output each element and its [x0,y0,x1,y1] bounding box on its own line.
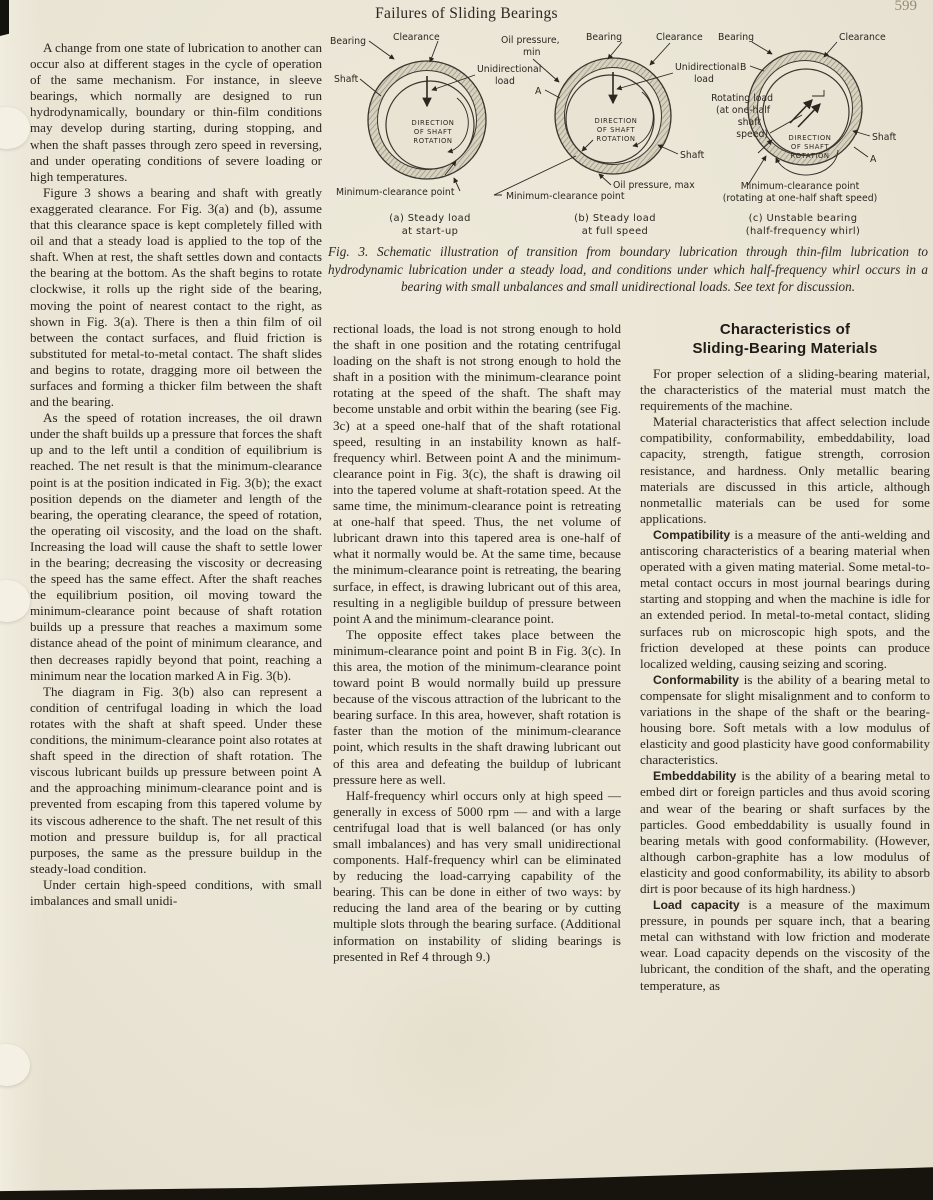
svg-text:OF SHAFT: OF SHAFT [414,128,452,136]
label-point-a: A [535,86,542,97]
diagram-a-steady-load-startup: Bearing Clearance Shaft Unidirectional l… [330,32,541,237]
figure-3-caption: Fig. 3. Schematic illustration of transi… [328,243,928,296]
paragraph: Compatibility is a measure of the anti-w… [640,527,930,672]
caption-a: (a) Steady load [389,213,471,224]
label-bearing: Bearing [718,32,754,43]
caption-b: (b) Steady load [574,213,656,224]
label-min-clearance: Minimum-clearance point [336,187,455,198]
svg-text:ROTATION: ROTATION [596,135,635,143]
paragraph: Load capacity is a measure of the maximu… [640,897,930,994]
paragraph: The diagram in Fig. 3(b) also can repres… [30,684,322,877]
page-number: 599 [895,0,918,15]
svg-text:shaft: shaft [738,117,762,128]
diagram-b-steady-load-full-speed: Oil pressure, min Bearing Clearance Unid… [494,32,739,237]
scan-bottom-edge [0,1158,933,1200]
paragraph: A change from one state of lubrication t… [30,40,322,185]
paragraph: For proper selection of a sliding-bearin… [640,366,930,414]
right-column: Characteristics of Sliding-Bearing Mater… [640,320,930,994]
label-shaft: Shaft [680,150,705,161]
bold-term: Load capacity [653,898,740,912]
bold-term: Compatibility [653,528,730,542]
label-shaft: Shaft [872,132,897,143]
label-direction-of-rotation: DIRECTION [789,134,832,142]
svg-text:min: min [523,47,541,58]
label-point-a: A [870,154,877,165]
label-clearance: Clearance [393,32,440,43]
paragraph: Embeddability is the ability of a bearin… [640,768,930,897]
label-direction-of-rotation: DIRECTION [595,117,638,125]
bold-term: Conformability [653,673,739,687]
paragraph: As the speed of rotation increases, the … [30,410,322,684]
label-rotating-load: Rotating load [711,93,773,104]
svg-text:load: load [694,74,714,85]
label-oil-pressure-max: Oil pressure, max [613,180,695,191]
label-clearance: Clearance [839,32,886,43]
label-unidirectional-load: Unidirectional [675,62,739,73]
svg-text:speed): speed) [736,129,768,140]
paragraph: Conformability is the ability of a beari… [640,672,930,769]
paragraph: rectional loads, the load is not strong … [333,321,621,627]
scanned-book-page: Failures of Sliding Bearings 599 Bearing [0,0,933,1200]
svg-text:ROTATION: ROTATION [413,137,452,145]
label-clearance: Clearance [656,32,703,43]
svg-text:(rotating at one-half shaft sp: (rotating at one-half shaft speed) [723,193,877,204]
svg-text:(at one-half: (at one-half [716,105,771,116]
svg-text:(half-frequency whirl): (half-frequency whirl) [746,226,861,237]
label-unidirectional-load: Unidirectional [477,64,541,75]
svg-text:at full speed: at full speed [582,226,648,237]
paragraph: Half-frequency whirl occurs only at high… [333,788,621,965]
punch-hole [0,1044,30,1086]
label-min-clearance: Minimum-clearance point [506,191,625,202]
svg-text:OF SHAFT: OF SHAFT [597,126,635,134]
left-column: A change from one state of lubrication t… [30,40,322,909]
middle-column: rectional loads, the load is not strong … [333,321,621,965]
label-oil-pressure-min: Oil pressure, [501,35,560,46]
label-direction-of-rotation: DIRECTION [412,119,455,127]
paragraph: Figure 3 shows a bearing and shaft with … [30,185,322,410]
page-title: Failures of Sliding Bearings [0,5,933,23]
svg-text:ROTATION: ROTATION [790,152,829,160]
caption-c: (c) Unstable bearing [749,213,858,224]
figure-3-diagrams: Bearing Clearance Shaft Unidirectional l… [320,28,933,240]
label-bearing: Bearing [330,36,366,47]
svg-text:OF SHAFT: OF SHAFT [791,143,829,151]
section-heading: Characteristics of Sliding-Bearing Mater… [640,320,930,358]
label-point-b: B [740,62,746,73]
paragraph: Material characteristics that affect sel… [640,414,930,527]
label-shaft: Shaft [334,74,359,85]
punch-hole [0,107,30,149]
bold-term: Embeddability [653,769,736,783]
svg-text:load: load [495,76,515,87]
paragraph: The opposite effect takes place between … [333,627,621,788]
punch-hole [0,580,30,622]
label-min-clearance: Minimum-clearance point [741,181,860,192]
svg-text:at start-up: at start-up [402,226,459,237]
label-bearing: Bearing [586,32,622,43]
right-column-body: For proper selection of a sliding-bearin… [640,366,930,994]
paragraph: Under certain high-speed conditions, wit… [30,877,322,909]
